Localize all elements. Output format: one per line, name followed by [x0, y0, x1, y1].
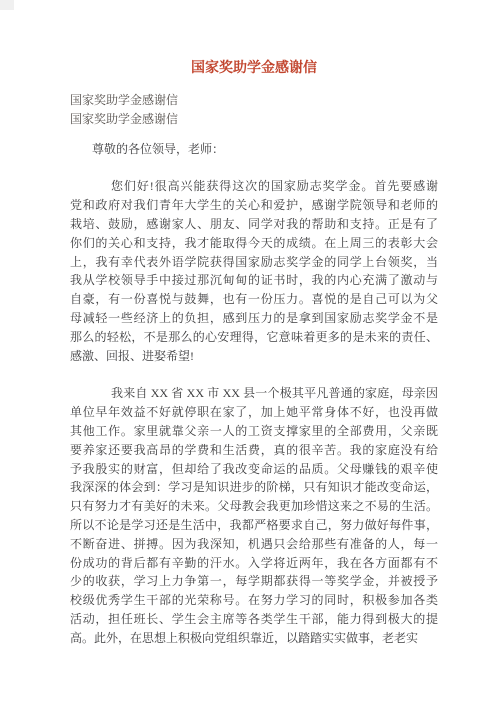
text-line: 不断奋进、拼搏。因为我深知，机遇只会给那些有准备的人，每一 — [70, 535, 438, 554]
text-line: 我从学校领导手中接过那沉甸甸的证书时，我的内心充满了激动与 — [70, 271, 438, 290]
text-line: 少的收获，学习上力争第一，每学期都获得一等奖学金，并被授予 — [70, 572, 438, 591]
text-line: 高。此外，在思想上积极向党组织靠近，以踏踏实实做事，老老实 — [70, 629, 438, 648]
text-line: 其他工作。家里就靠父亲一人的工资支撑家里的全部费用，父亲既 — [70, 422, 438, 441]
text-line: 我深深的体会到：学习是知识进步的阶梯，只有知识才能改变命运， — [70, 478, 438, 497]
text-line: 上，我有幸代表外语学院获得国家励志奖学金的同学上台领奖，当 — [70, 253, 438, 272]
document-heading-line: 国家奖助学金感谢信 — [70, 110, 438, 129]
paragraph-1: 您们好!很高兴能获得这次的国家励志奖学金。首先要感谢党和政府对我们青年大学生的关… — [70, 177, 438, 365]
text-line: 你们的关心和支持，我才能取得今天的成绩。在上周三的表彰大会 — [70, 234, 438, 253]
text-line: 活动，担任班长、学生会主席等各类学生干部，能力得到极大的提 — [70, 610, 438, 629]
text-line: 那么的轻松，不是那么的心安理得，它意味着更多的是未来的责任、 — [70, 328, 438, 347]
greeting-line: 尊敬的各位领导，老师： — [70, 140, 438, 159]
text-line: 您们好!很高兴能获得这次的国家励志奖学金。首先要感谢 — [70, 177, 438, 196]
text-line: 党和政府对我们青年大学生的关心和爱护，感谢学院领导和老师的 — [70, 196, 438, 215]
text-line: 予我殷实的财富，但却给了我改变命运的品质。父母赚钱的艰辛使 — [70, 460, 438, 479]
text-line: 要养家还要我高昂的学费和生活费，真的很辛苦。我的家庭没有给 — [70, 441, 438, 460]
text-line: 自豪，有一份喜悦与鼓舞，也有一份压力。喜悦的是自己可以为父 — [70, 290, 438, 309]
document-heading-line: 国家奖助学金感谢信 — [70, 91, 438, 110]
text-line: 校级优秀学生干部的光荣称号。在努力学习的同时，积极参加各类 — [70, 591, 438, 610]
text-line: 只有努力才有美好的未来。父母教会我更加珍惜这来之不易的生活。 — [70, 497, 438, 516]
text-line: 母减轻一些经济上的负担，感到压力的是拿到国家励志奖学金不是 — [70, 309, 438, 328]
scan-corner-artifact — [0, 0, 14, 10]
paragraph-2: 我来自 XX 省 XX 市 XX 县一个极其平凡普通的家庭，母亲因单位早年效益不… — [70, 384, 438, 647]
text-line: 我来自 XX 省 XX 市 XX 县一个极其平凡普通的家庭，母亲因 — [70, 384, 438, 403]
heading-lines: 国家奖助学金感谢信国家奖助学金感谢信 — [70, 91, 438, 129]
text-line: 份成功的背后都有辛勤的汗水。入学将近两年，我在各方面都有不 — [70, 554, 438, 573]
text-line: 单位早年效益不好就停职在家了，加上她平常身体不好，也没再做 — [70, 403, 438, 422]
document-page: 国家奖助学金感谢信 国家奖助学金感谢信国家奖助学金感谢信 尊敬的各位领导，老师：… — [0, 0, 500, 708]
text-line: 所以不论是学习还是生活中，我都严格要求自己，努力做好每件事， — [70, 516, 438, 535]
text-line: 栽培、鼓励，感谢家人、朋友、同学对我的帮助和支持。正是有了 — [70, 215, 438, 234]
document-title: 国家奖助学金感谢信 — [70, 59, 438, 79]
text-line: 感激、回报、进娶希望! — [70, 347, 438, 366]
